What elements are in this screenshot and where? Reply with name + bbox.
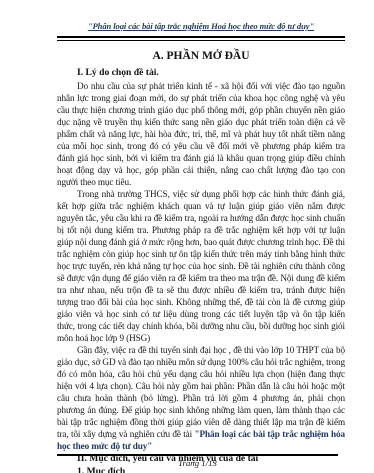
- heading-reason-for-topic: I. Lý do chọn đề tài.: [57, 67, 345, 79]
- header-rule: [57, 36, 345, 41]
- page-number: Trang 1/13: [57, 458, 338, 468]
- running-header-title: "Phân loại các bài tập trắc nghiệm Hoá h…: [88, 21, 314, 31]
- page-title: A. PHẦN MỞ ĐẦU: [57, 50, 345, 62]
- paragraph-3: Gần đây, việc ra đề thi tuyển sinh đại h…: [57, 344, 345, 452]
- running-header: "Phân loại các bài tập trắc nghiệm Hoá h…: [57, 16, 345, 41]
- paragraph-2: Trong nhà trường THCS, việc sử dụng phối…: [57, 188, 345, 344]
- paragraph-3-lead: Gần đây, việc ra đề thi tuyển sinh đại h…: [57, 345, 345, 439]
- page-footer: Trang 1/13: [57, 454, 338, 468]
- paragraph-1: Do nhu cầu của sự phát triển kinh tế - x…: [57, 80, 345, 188]
- document-page: "Phân loại các bài tập trắc nghiệm Hoá h…: [0, 0, 374, 473]
